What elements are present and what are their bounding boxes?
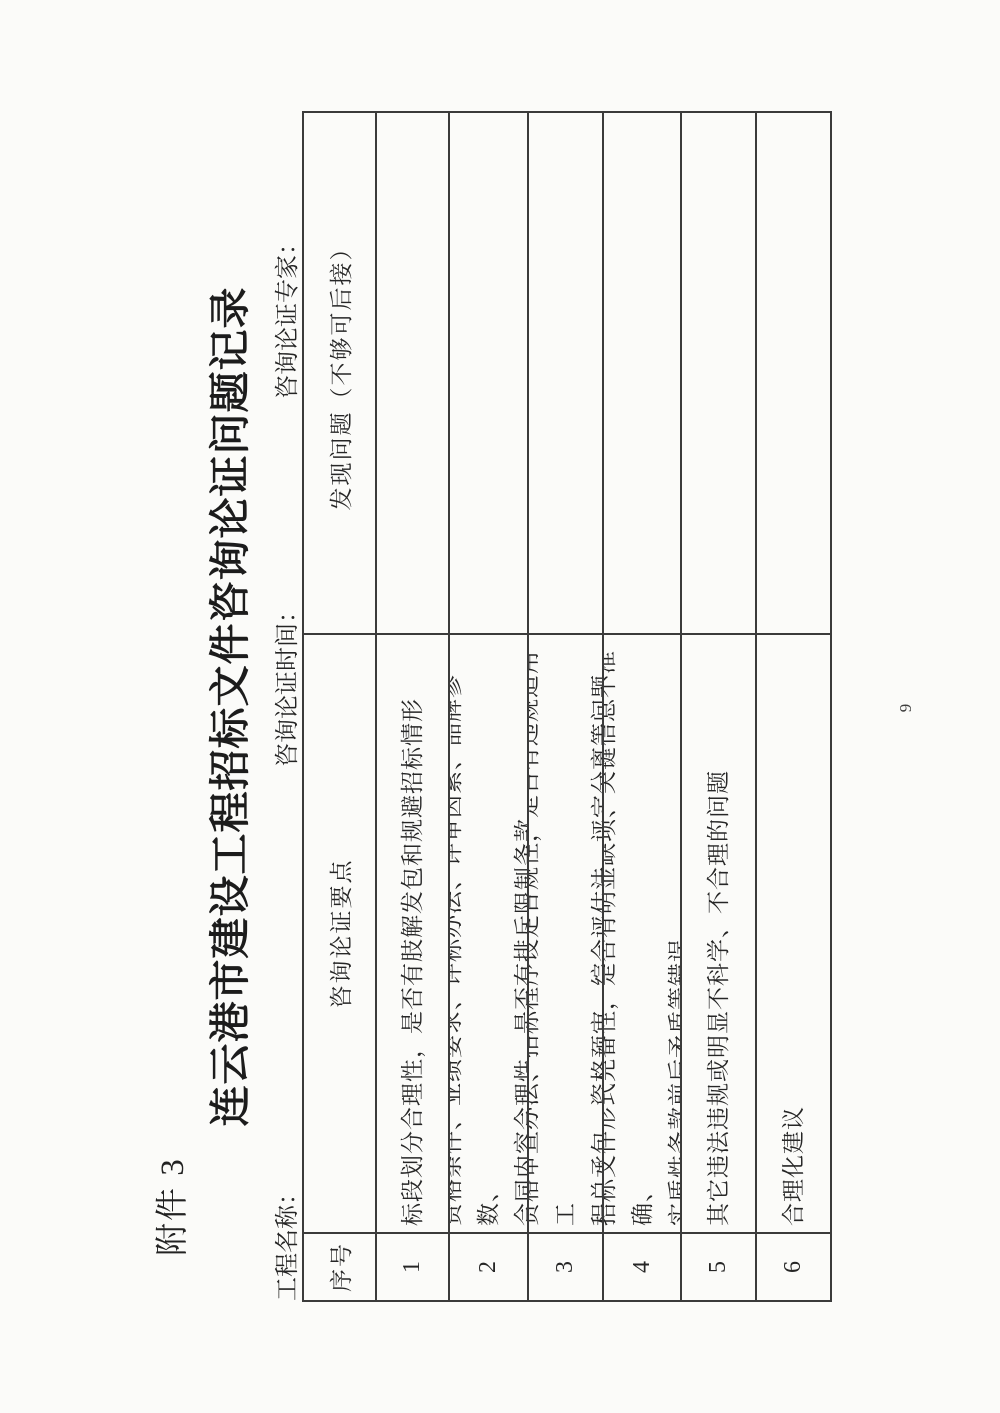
- row-6-findings: [757, 113, 830, 633]
- header-points: 咨询论证要点: [304, 633, 377, 1232]
- row-5-no: 5: [682, 1232, 757, 1300]
- row-1-points: 标段划分合理性，是否有肢解发包和规避招标情形: [377, 633, 450, 1232]
- row-3-points: 资格审查办法、招标程序设定合规性，是否有违规适用工 程总承包、资格预审、综合评估…: [529, 633, 604, 1232]
- page-number: 9: [896, 691, 916, 725]
- project-name-label: 工程名称：: [267, 1181, 302, 1301]
- header-findings: 发现问题（不够可后接）: [304, 113, 377, 633]
- consultation-record-table: 序号 咨询论证要点 发现问题（不够可后接） 1 标段划分合理性，是否有肢解发包和…: [302, 111, 832, 1302]
- row-2-points: 资格条件、业绩要求、评标办法、评审因素、品牌参数、 合同内容合理性，是否有排斥限…: [450, 633, 529, 1232]
- row-1-no: 1: [377, 1232, 450, 1300]
- row-5-findings: [682, 113, 757, 633]
- row-6-no: 6: [757, 1232, 830, 1300]
- header-no: 序号: [304, 1232, 377, 1300]
- row-4-findings: [604, 113, 682, 633]
- attachment-label: 附件 3: [146, 1157, 193, 1256]
- document-title: 连云港市建设工程招标文件咨询论证问题记录: [197, 0, 256, 1413]
- row-3-findings: [529, 113, 604, 633]
- row-4-points: 招标文件形式完备性，是否有明显缺项、关键信息不准确、 实质性条款前后矛盾等错误: [604, 633, 682, 1232]
- row-5-points: 其它违法违规或明显不科学、不合理的问题: [682, 633, 757, 1232]
- row-4-no: 4: [604, 1232, 682, 1300]
- row-1-findings: [377, 113, 450, 633]
- row-2-findings: [450, 113, 529, 633]
- consult-expert-label: 咨询论证专家：: [267, 231, 302, 399]
- row-2-no: 2: [450, 1232, 529, 1300]
- scanned-document-page: 附件 3 连云港市建设工程招标文件咨询论证问题记录 工程名称： 咨询论证时间： …: [0, 0, 1000, 1413]
- row-3-no: 3: [529, 1232, 604, 1300]
- row-6-points: 合理化建议: [757, 633, 830, 1232]
- consult-time-label: 咨询论证时间：: [267, 599, 302, 767]
